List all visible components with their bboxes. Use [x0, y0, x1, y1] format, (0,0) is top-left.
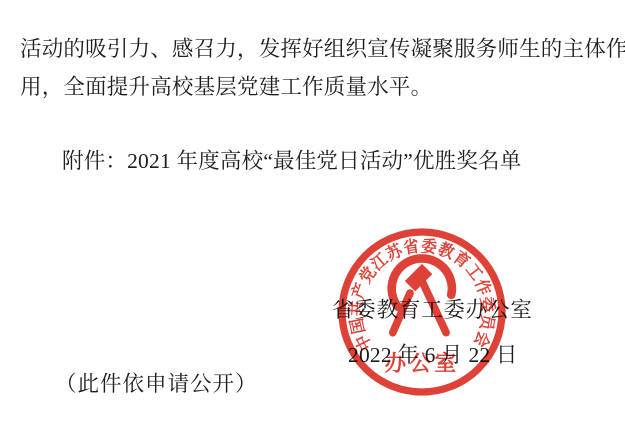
document-page: 活动的吸引力、感召力，发挥好组织宣传凝聚服务师生的主体作 用，全面提升高校基层党… [0, 0, 625, 425]
paragraph-line-2: 用，全面提升高校基层党建工作质量水平。 [20, 74, 432, 101]
seal-bottom-text: 办公室 [385, 350, 460, 375]
paragraph-line-1: 活动的吸引力、感召力，发挥好组织宣传凝聚服务师生的主体作 [20, 36, 625, 63]
hammer-and-sickle-icon [392, 258, 452, 332]
disclosure-note: （此件依申请公开） [55, 371, 258, 398]
attachment-line: 附件：2021 年度高校“最佳党日活动”优胜奖名单 [62, 148, 521, 175]
official-seal: 中国共产党江苏省委教育工作委员会 办公室 [336, 226, 508, 398]
